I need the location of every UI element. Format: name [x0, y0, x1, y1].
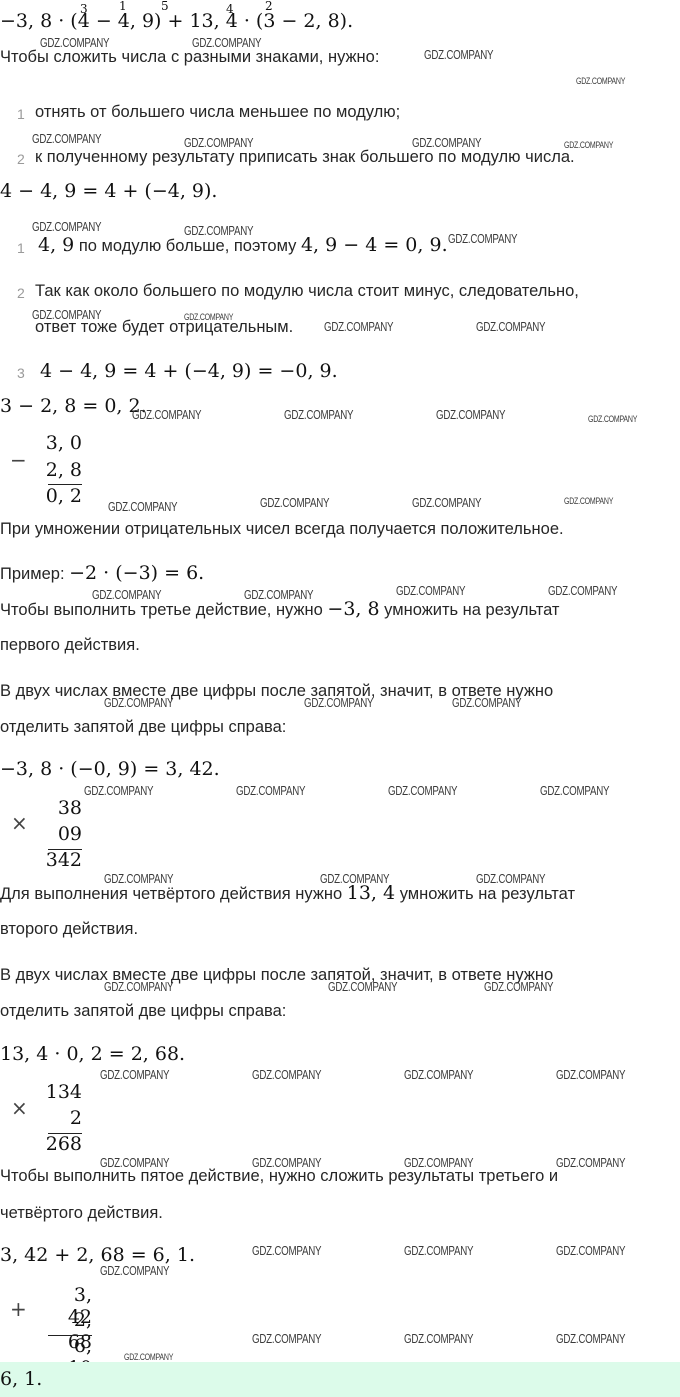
step4-text-2: второго действия.: [0, 920, 138, 939]
list-number: 2: [17, 285, 25, 301]
watermark: GDZ.COMPANY: [556, 1244, 625, 1258]
watermark: GDZ.COMPANY: [252, 1332, 321, 1346]
column-b: 2, 8: [42, 459, 82, 481]
step3-equation: −3, 8 · (−0, 9) = 3, 42.: [0, 758, 220, 780]
watermark: GDZ.COMPANY: [244, 588, 313, 602]
watermark: GDZ.COMPANY: [548, 584, 617, 598]
watermark: GDZ.COMPANY: [252, 1244, 321, 1258]
list-number: 2: [17, 151, 25, 167]
column-result: 268: [42, 1133, 82, 1155]
list-number: 1: [17, 106, 25, 122]
intro-text: Чтобы сложить числа с разными знаками, н…: [0, 48, 379, 67]
times-operator: ×: [11, 811, 28, 835]
order-mark: 5: [161, 0, 169, 13]
watermark: GDZ.COMPANY: [100, 1264, 169, 1278]
column-a: 38: [42, 797, 82, 819]
watermark: GDZ.COMPANY: [404, 1244, 473, 1258]
watermark: GDZ.COMPANY: [184, 224, 253, 238]
watermark: GDZ.COMPANY: [252, 1068, 321, 1082]
rule-text: отнять от большего числа меньшее по моду…: [35, 103, 400, 122]
watermark: GDZ.COMPANY: [412, 496, 481, 510]
watermark: GDZ.COMPANY: [404, 1156, 473, 1170]
step1-item-3: 4 − 4, 9 = 4 + (−4, 9) = −0, 9.: [40, 360, 338, 382]
column-result: 342: [42, 849, 82, 871]
order-mark: 4: [226, 2, 234, 16]
watermark: GDZ.COMPANY: [388, 784, 457, 798]
watermark: GDZ.COMPANY: [92, 588, 161, 602]
step1-item-2-line1: Так как около большего по модулю числа с…: [35, 282, 579, 301]
column-b: 2: [42, 1107, 82, 1129]
watermark: GDZ.COMPANY: [32, 308, 101, 322]
list-number: 3: [17, 365, 25, 381]
watermark: GDZ.COMPANY: [284, 408, 353, 422]
neg-rule-text: При умножении отрицательных чисел всегда…: [0, 520, 564, 539]
watermark: GDZ.COMPANY: [564, 140, 613, 150]
step4-text-4: отделить запятой две цифры справа:: [0, 1002, 286, 1021]
watermark: GDZ.COMPANY: [436, 408, 505, 422]
column-b: 09: [42, 823, 82, 845]
watermark: GDZ.COMPANY: [100, 1068, 169, 1082]
watermark: GDZ.COMPANY: [104, 696, 173, 710]
watermark: GDZ.COMPANY: [448, 232, 517, 246]
step4-text-3: В двух числах вместе две цифры после зап…: [0, 966, 553, 985]
order-mark: 2: [265, 0, 273, 13]
watermark: GDZ.COMPANY: [556, 1068, 625, 1082]
step1-equation: 4 − 4, 9 = 4 + (−4, 9).: [0, 180, 217, 202]
answer-box: 6, 1.: [0, 1362, 680, 1397]
watermark: GDZ.COMPANY: [32, 132, 101, 146]
step2-equation: 3 − 2, 8 = 0, 2.: [0, 395, 147, 417]
watermark: GDZ.COMPANY: [104, 872, 173, 886]
watermark: GDZ.COMPANY: [588, 414, 637, 424]
watermark: GDZ.COMPANY: [260, 496, 329, 510]
watermark: GDZ.COMPANY: [104, 980, 173, 994]
watermark: GDZ.COMPANY: [108, 500, 177, 514]
watermark: GDZ.COMPANY: [184, 312, 233, 322]
watermark: GDZ.COMPANY: [324, 320, 393, 334]
watermark: GDZ.COMPANY: [328, 980, 397, 994]
watermark: GDZ.COMPANY: [576, 76, 625, 86]
watermark: GDZ.COMPANY: [304, 696, 373, 710]
order-mark: 3: [80, 2, 88, 16]
watermark: GDZ.COMPANY: [124, 1352, 173, 1362]
watermark: GDZ.COMPANY: [412, 136, 481, 150]
step3-text-4: отделить запятой две цифры справа:: [0, 718, 286, 737]
watermark: GDZ.COMPANY: [564, 496, 613, 506]
watermark: GDZ.COMPANY: [484, 980, 553, 994]
step5-equation: 3, 42 + 2, 68 = 6, 1.: [0, 1244, 195, 1266]
watermark: GDZ.COMPANY: [476, 872, 545, 886]
times-operator: ×: [11, 1096, 28, 1120]
watermark: GDZ.COMPANY: [184, 136, 253, 150]
watermark: GDZ.COMPANY: [252, 1156, 321, 1170]
plus-operator: +: [10, 1297, 27, 1321]
step4-equation: 13, 4 · 0, 2 = 2, 68.: [0, 1043, 185, 1065]
example: Пример: −2 · (−3) = 6.: [0, 562, 204, 584]
column-a: 134: [42, 1081, 82, 1103]
watermark: GDZ.COMPANY: [320, 872, 389, 886]
watermark: GDZ.COMPANY: [236, 784, 305, 798]
answer-value: 6, 1.: [0, 1368, 42, 1390]
column-a: 3, 0: [42, 432, 82, 454]
order-mark: 1: [119, 0, 127, 13]
column-result: 0, 2: [42, 485, 82, 507]
step5-text-2: четвёртого действия.: [0, 1204, 163, 1223]
watermark: GDZ.COMPANY: [396, 584, 465, 598]
watermark: GDZ.COMPANY: [556, 1156, 625, 1170]
watermark: GDZ.COMPANY: [452, 696, 521, 710]
watermark: GDZ.COMPANY: [84, 784, 153, 798]
watermark: GDZ.COMPANY: [540, 784, 609, 798]
rule-text: к полученному результату приписать знак …: [35, 148, 575, 167]
watermark: GDZ.COMPANY: [424, 48, 493, 62]
watermark: GDZ.COMPANY: [40, 36, 109, 50]
step3-text-2: первого действия.: [0, 636, 140, 655]
watermark: GDZ.COMPANY: [404, 1068, 473, 1082]
watermark: GDZ.COMPANY: [476, 320, 545, 334]
watermark: GDZ.COMPANY: [192, 36, 261, 50]
watermark: GDZ.COMPANY: [556, 1332, 625, 1346]
watermark: GDZ.COMPANY: [404, 1332, 473, 1346]
minus-operator: −: [10, 448, 27, 472]
expression: −3, 8 · (4 − 4, 9) + 13, 4 · (3 − 2, 8).: [0, 10, 353, 32]
watermark: GDZ.COMPANY: [32, 220, 101, 234]
list-number: 1: [17, 240, 25, 256]
watermark: GDZ.COMPANY: [100, 1156, 169, 1170]
watermark: GDZ.COMPANY: [132, 408, 201, 422]
